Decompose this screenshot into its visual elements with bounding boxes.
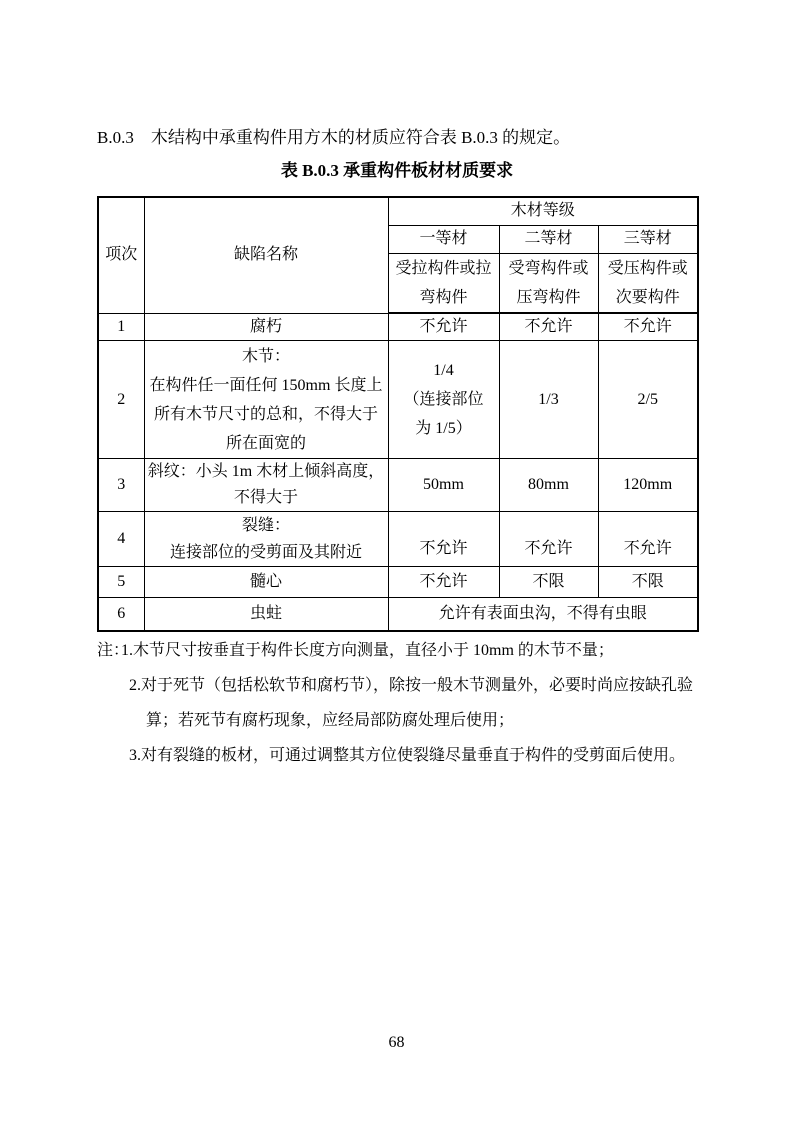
- defect-name-cell: 斜纹：小头 1m 木材上倾斜高度， 不得大于: [144, 459, 388, 512]
- table-row: 3 斜纹：小头 1m 木材上倾斜高度， 不得大于 50mm 80mm 120mm: [98, 459, 698, 512]
- clause-heading: B.0.3 木结构中承重构件用方木的材质应符合表 B.0.3 的规定。: [97, 128, 570, 148]
- header-grade-3: 三等材: [598, 225, 698, 253]
- table-row: 2 木节： 在构件任一面任何 150mm 长度上 所有木节尺寸的总和，不得大于 …: [98, 341, 698, 459]
- grade-value-cell: 不允许: [499, 512, 598, 567]
- page-number: 68: [0, 1032, 793, 1054]
- grade-value-cell: 不允许: [388, 313, 499, 341]
- note-line: 2.对于死节（包括松软节和腐朽节），除按一般木节测量外，必要时尚应按缺孔验: [129, 668, 737, 703]
- notes-label: 注：: [97, 633, 129, 668]
- table-row: 5 髓心 不允许 不限 不限: [98, 567, 698, 598]
- header-item-number: 项次: [98, 197, 144, 313]
- header-grade-1: 一等材: [388, 225, 499, 253]
- document-page: B.0.3 木结构中承重构件用方木的材质应符合表 B.0.3 的规定。 表 B.…: [0, 0, 793, 1122]
- row-number-cell: 5: [98, 567, 144, 598]
- defect-name-cell: 腐朽: [144, 313, 388, 341]
- grade-value-cell: 50mm: [388, 459, 499, 512]
- defect-name-cell: 髓心: [144, 567, 388, 598]
- table-row: 6 虫蛀 允许有表面虫沟，不得有虫眼: [98, 598, 698, 631]
- header-grade-1-description: 受拉构件或拉 弯构件: [388, 253, 499, 313]
- header-grade-2: 二等材: [499, 225, 598, 253]
- row-number-cell: 4: [98, 512, 144, 567]
- row-number-cell: 2: [98, 341, 144, 459]
- grade-value-cell: 不限: [499, 567, 598, 598]
- grade-value-cell: 120mm: [598, 459, 698, 512]
- note-line: 3.对有裂缝的板材，可通过调整其方位使裂缝尽量垂直于构件的受剪面后使用。: [129, 738, 737, 773]
- header-wood-grade-group: 木材等级: [388, 197, 698, 225]
- grade-value-cell: 1/4 （连接部位 为 1/5）: [388, 341, 499, 459]
- defect-name-cell: 裂缝： 连接部位的受剪面及其附近: [144, 512, 388, 567]
- row-number-cell: 1: [98, 313, 144, 341]
- row-number-cell: 6: [98, 598, 144, 631]
- note-line: 算；若死节有腐朽现象，应经局部防腐处理后使用；: [146, 703, 737, 738]
- grade-value-cell: 不允许: [499, 313, 598, 341]
- header-grade-3-description: 受压构件或 次要构件: [598, 253, 698, 313]
- note-line: 1.木节尺寸按垂直于构件长度方向测量，直径小于 10mm 的木节不量；: [121, 633, 737, 668]
- notes-section: 注： 1.木节尺寸按垂直于构件长度方向测量，直径小于 10mm 的木节不量； 2…: [97, 633, 737, 773]
- defect-name-cell: 虫蛀: [144, 598, 388, 631]
- grade-value-cell: 1/3: [499, 341, 598, 459]
- table-row: 4 裂缝： 连接部位的受剪面及其附近 不允许 不允许 不允许: [98, 512, 698, 567]
- grade-value-cell: 2/5: [598, 341, 698, 459]
- grade-value-cell: 不允许: [388, 567, 499, 598]
- header-defect-name: 缺陷名称: [144, 197, 388, 313]
- merged-grade-value-cell: 允许有表面虫沟，不得有虫眼: [388, 598, 698, 631]
- grade-value-cell: 80mm: [499, 459, 598, 512]
- grade-value-cell: 不限: [598, 567, 698, 598]
- table-title: 表 B.0.3 承重构件板材材质要求: [97, 160, 697, 182]
- grade-value-cell: 不允许: [388, 512, 499, 567]
- header-row-group: 项次 缺陷名称 木材等级: [98, 197, 698, 225]
- grade-value-cell: 不允许: [598, 512, 698, 567]
- table-row: 1 腐朽 不允许 不允许 不允许: [98, 313, 698, 341]
- row-number-cell: 3: [98, 459, 144, 512]
- header-grade-2-description: 受弯构件或 压弯构件: [499, 253, 598, 313]
- defect-name-cell: 木节： 在构件任一面任何 150mm 长度上 所有木节尺寸的总和，不得大于 所在…: [144, 341, 388, 459]
- grade-value-cell: 不允许: [598, 313, 698, 341]
- material-quality-table: 项次 缺陷名称 木材等级 一等材 二等材 三等材 受拉构件或拉 弯构件 受弯构件…: [97, 196, 699, 632]
